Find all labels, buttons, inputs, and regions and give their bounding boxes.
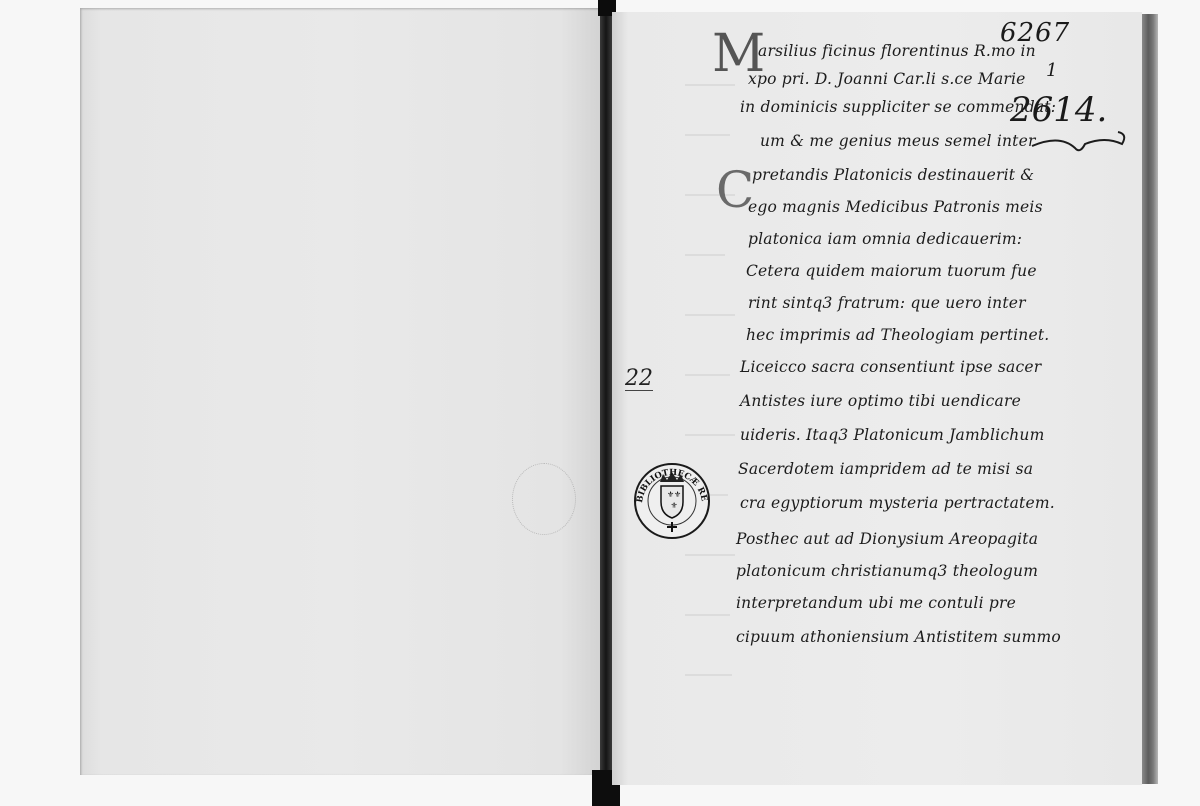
text-line: in dominicis suppliciter se commendat: (740, 98, 1056, 116)
text-line: Antistes iure optimo tibi uendicare (740, 392, 1021, 410)
text-line: hec imprimis ad Theologiam pertinet. (746, 326, 1049, 344)
text-line: arsilius ficinus florentinus R.mo in (758, 42, 1036, 60)
library-stamp-seal: ⚜ ⚜ ⚜ BIBLIOTHECÆ REGIÆ (632, 460, 712, 542)
flourish-ornament (1030, 130, 1130, 160)
book-spine (600, 0, 612, 806)
text-line: cra egyptiorum mysteria pertractatem. (740, 494, 1055, 512)
text-line: xpo pri. D. Joanni Car.li s.ce Marie (748, 70, 1026, 88)
text-line: rint sintq3 fratrum: que uero inter (748, 294, 1026, 312)
text-line: Cetera quidem maiorum tuorum fue (746, 262, 1037, 280)
text-line: Liceicco sacra consentiunt ipse sacer (740, 358, 1041, 376)
margin-folio-number: 22 (625, 368, 653, 391)
fleur-de-lis-shield-icon: ⚜ ⚜ ⚜ (661, 486, 683, 518)
text-line: platonica iam omnia dedicauerim: (748, 230, 1022, 248)
text-line: cipuum athoniensium Antistitem summo (736, 628, 1061, 646)
stamp-offset-stain (512, 463, 576, 535)
leaf-number: 1 (1046, 60, 1057, 81)
text-line: uideris. Itaq3 Platonicum Jamblichum (740, 426, 1044, 444)
text-line: platonicum christianumq3 theologum (736, 562, 1038, 580)
page-edge-fore (1142, 14, 1158, 784)
text-line: Posthec aut ad Dionysium Areopagita (736, 530, 1038, 548)
left-page (80, 8, 602, 775)
svg-text:⚜: ⚜ (671, 501, 678, 510)
text-line: um & me genius meus semel inter (760, 132, 1036, 150)
svg-text:⚜: ⚜ (674, 490, 681, 499)
text-line: interpretandum ubi me contuli pre (736, 594, 1016, 612)
text-line: Sacerdotem iampridem ad te misi sa (738, 460, 1033, 478)
text-line: ego magnis Medicibus Patronis meis (748, 198, 1043, 216)
text-line: pretandis Platonicis destinauerit & (752, 166, 1034, 184)
